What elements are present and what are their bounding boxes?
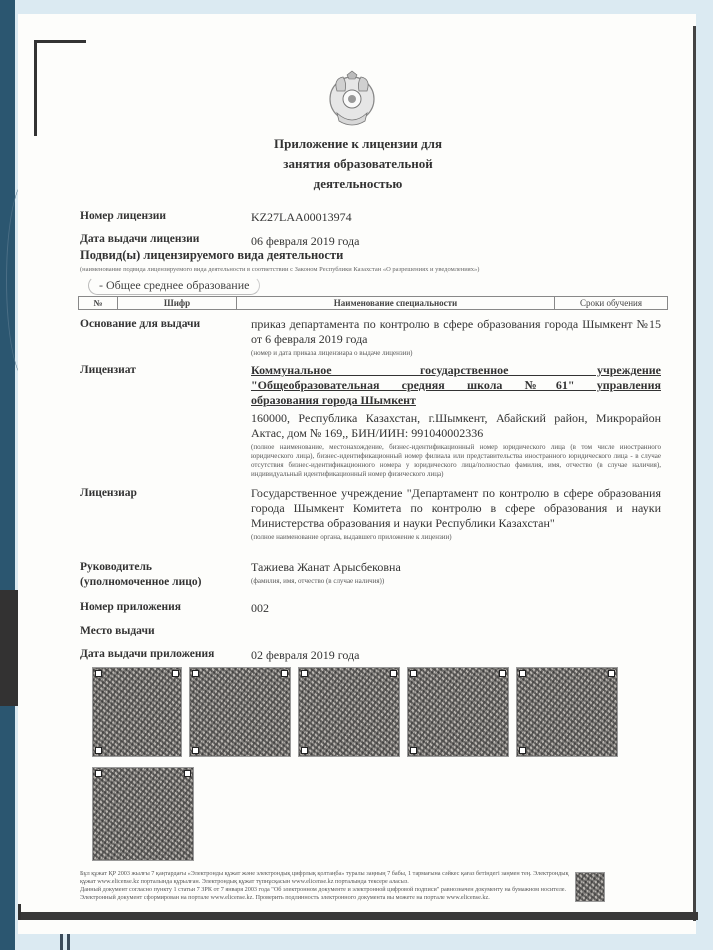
license-date-label: Дата выдачи лицензии	[80, 233, 199, 245]
licensee-name-line3: образования города Шымкент	[251, 393, 661, 408]
appendix-number-label: Номер приложения	[80, 601, 181, 613]
head-label-line1: Руководитель	[80, 560, 201, 575]
page-title: Приложение к лицензии для занятия образо…	[218, 134, 498, 194]
qr-code-1	[92, 667, 182, 757]
qr-code-5	[516, 667, 618, 757]
title-line-2: занятия образовательной	[218, 154, 498, 174]
qr-code-3	[298, 667, 400, 757]
page-frame-top	[34, 40, 86, 43]
qr-code-6	[92, 767, 194, 861]
qr-code-row	[92, 667, 618, 757]
background-dark-block	[0, 590, 18, 706]
appendix-number-value: 002	[251, 601, 269, 616]
license-appendix-page: Приложение к лицензии для занятия образо…	[18, 14, 696, 934]
place-label: Место выдачи	[80, 625, 155, 637]
head-note: (фамилия, имя, отчество (в случае наличи…	[251, 577, 661, 586]
head-value: Тажиева Жанат Арысбековна	[251, 560, 661, 575]
col-number: №	[79, 297, 118, 310]
head-block: Тажиева Жанат Арысбековна (фамилия, имя,…	[251, 560, 661, 586]
basis-label: Основание для выдачи	[80, 318, 200, 330]
basis-note: (номер и дата приказа лицензиара о выдач…	[251, 349, 661, 358]
license-date-value: 06 февраля 2019 года	[251, 234, 359, 249]
page-frame-left	[34, 40, 37, 136]
background-left-strip	[0, 0, 15, 950]
basis-value: приказ департамента по контролю в сфере …	[251, 317, 661, 347]
qr-code-4	[407, 667, 509, 757]
licensor-note: (полное наименование органа, выдавшего п…	[251, 533, 661, 542]
licensee-label: Лицензиат	[80, 364, 136, 376]
subtypes-heading: Подвид(ы) лицензируемого вида деятельнос…	[80, 248, 343, 263]
licensee-address: 160000, Республика Казахстан, г.Шымкент,…	[251, 411, 661, 441]
appendix-date-value: 02 февраля 2019 года	[251, 648, 359, 663]
specialty-table: № Шифр Наименование специальности Сроки …	[78, 296, 668, 310]
col-study-period: Сроки обучения	[555, 297, 668, 310]
licensee-name-line1: Коммунальное государственное учреждение	[251, 363, 661, 378]
title-line-3: деятельностью	[218, 174, 498, 194]
appendix-date-label: Дата выдачи приложения	[80, 648, 214, 660]
license-number-value: KZ27LAA00013974	[251, 210, 352, 225]
head-label: Руководитель (уполномоченное лицо)	[80, 560, 201, 590]
qr-code-2	[189, 667, 291, 757]
state-emblem-icon	[327, 69, 377, 133]
footer-qr-pattern	[575, 872, 605, 902]
basis-block: приказ департамента по контролю в сфере …	[251, 317, 661, 358]
license-number-label: Номер лицензии	[80, 210, 166, 222]
footer-kz-text: Бұл құжат ҚР 2003 жылғы 7 қаңтардағы «Эл…	[80, 870, 570, 886]
table-header-row: № Шифр Наименование специальности Сроки …	[79, 297, 668, 310]
licensor-label: Лицензиар	[80, 487, 137, 499]
licensee-name-line2: "Общеобразовательная средняя школа №61" …	[251, 378, 661, 393]
page-frame-bottom-left	[18, 904, 21, 920]
subtype-item: - Общее среднее образование	[88, 276, 260, 295]
col-specialty-name: Наименование специальности	[237, 297, 555, 310]
licensee-block: Коммунальное государственное учреждение …	[251, 363, 661, 479]
footer-legal-text: Бұл құжат ҚР 2003 жылғы 7 қаңтардағы «Эл…	[80, 870, 570, 902]
footer-ru-text: Данный документ согласно пункту 1 статьи…	[80, 886, 570, 902]
col-code: Шифр	[118, 297, 237, 310]
licensor-value: Государственное учреждение "Департамент …	[251, 486, 661, 531]
title-line-1: Приложение к лицензии для	[218, 134, 498, 154]
footer-qr-code	[575, 872, 603, 900]
licensor-block: Государственное учреждение "Департамент …	[251, 486, 661, 542]
page-frame-bottom	[18, 912, 698, 920]
head-label-line2: (уполномоченное лицо)	[80, 575, 201, 590]
licensee-note: (полное наименование, местонахождение, б…	[251, 443, 661, 479]
subtypes-note: (наименование подвида лицензируемого вид…	[80, 266, 640, 273]
page-frame-right	[693, 26, 696, 921]
qr-code-row-2	[92, 767, 194, 861]
